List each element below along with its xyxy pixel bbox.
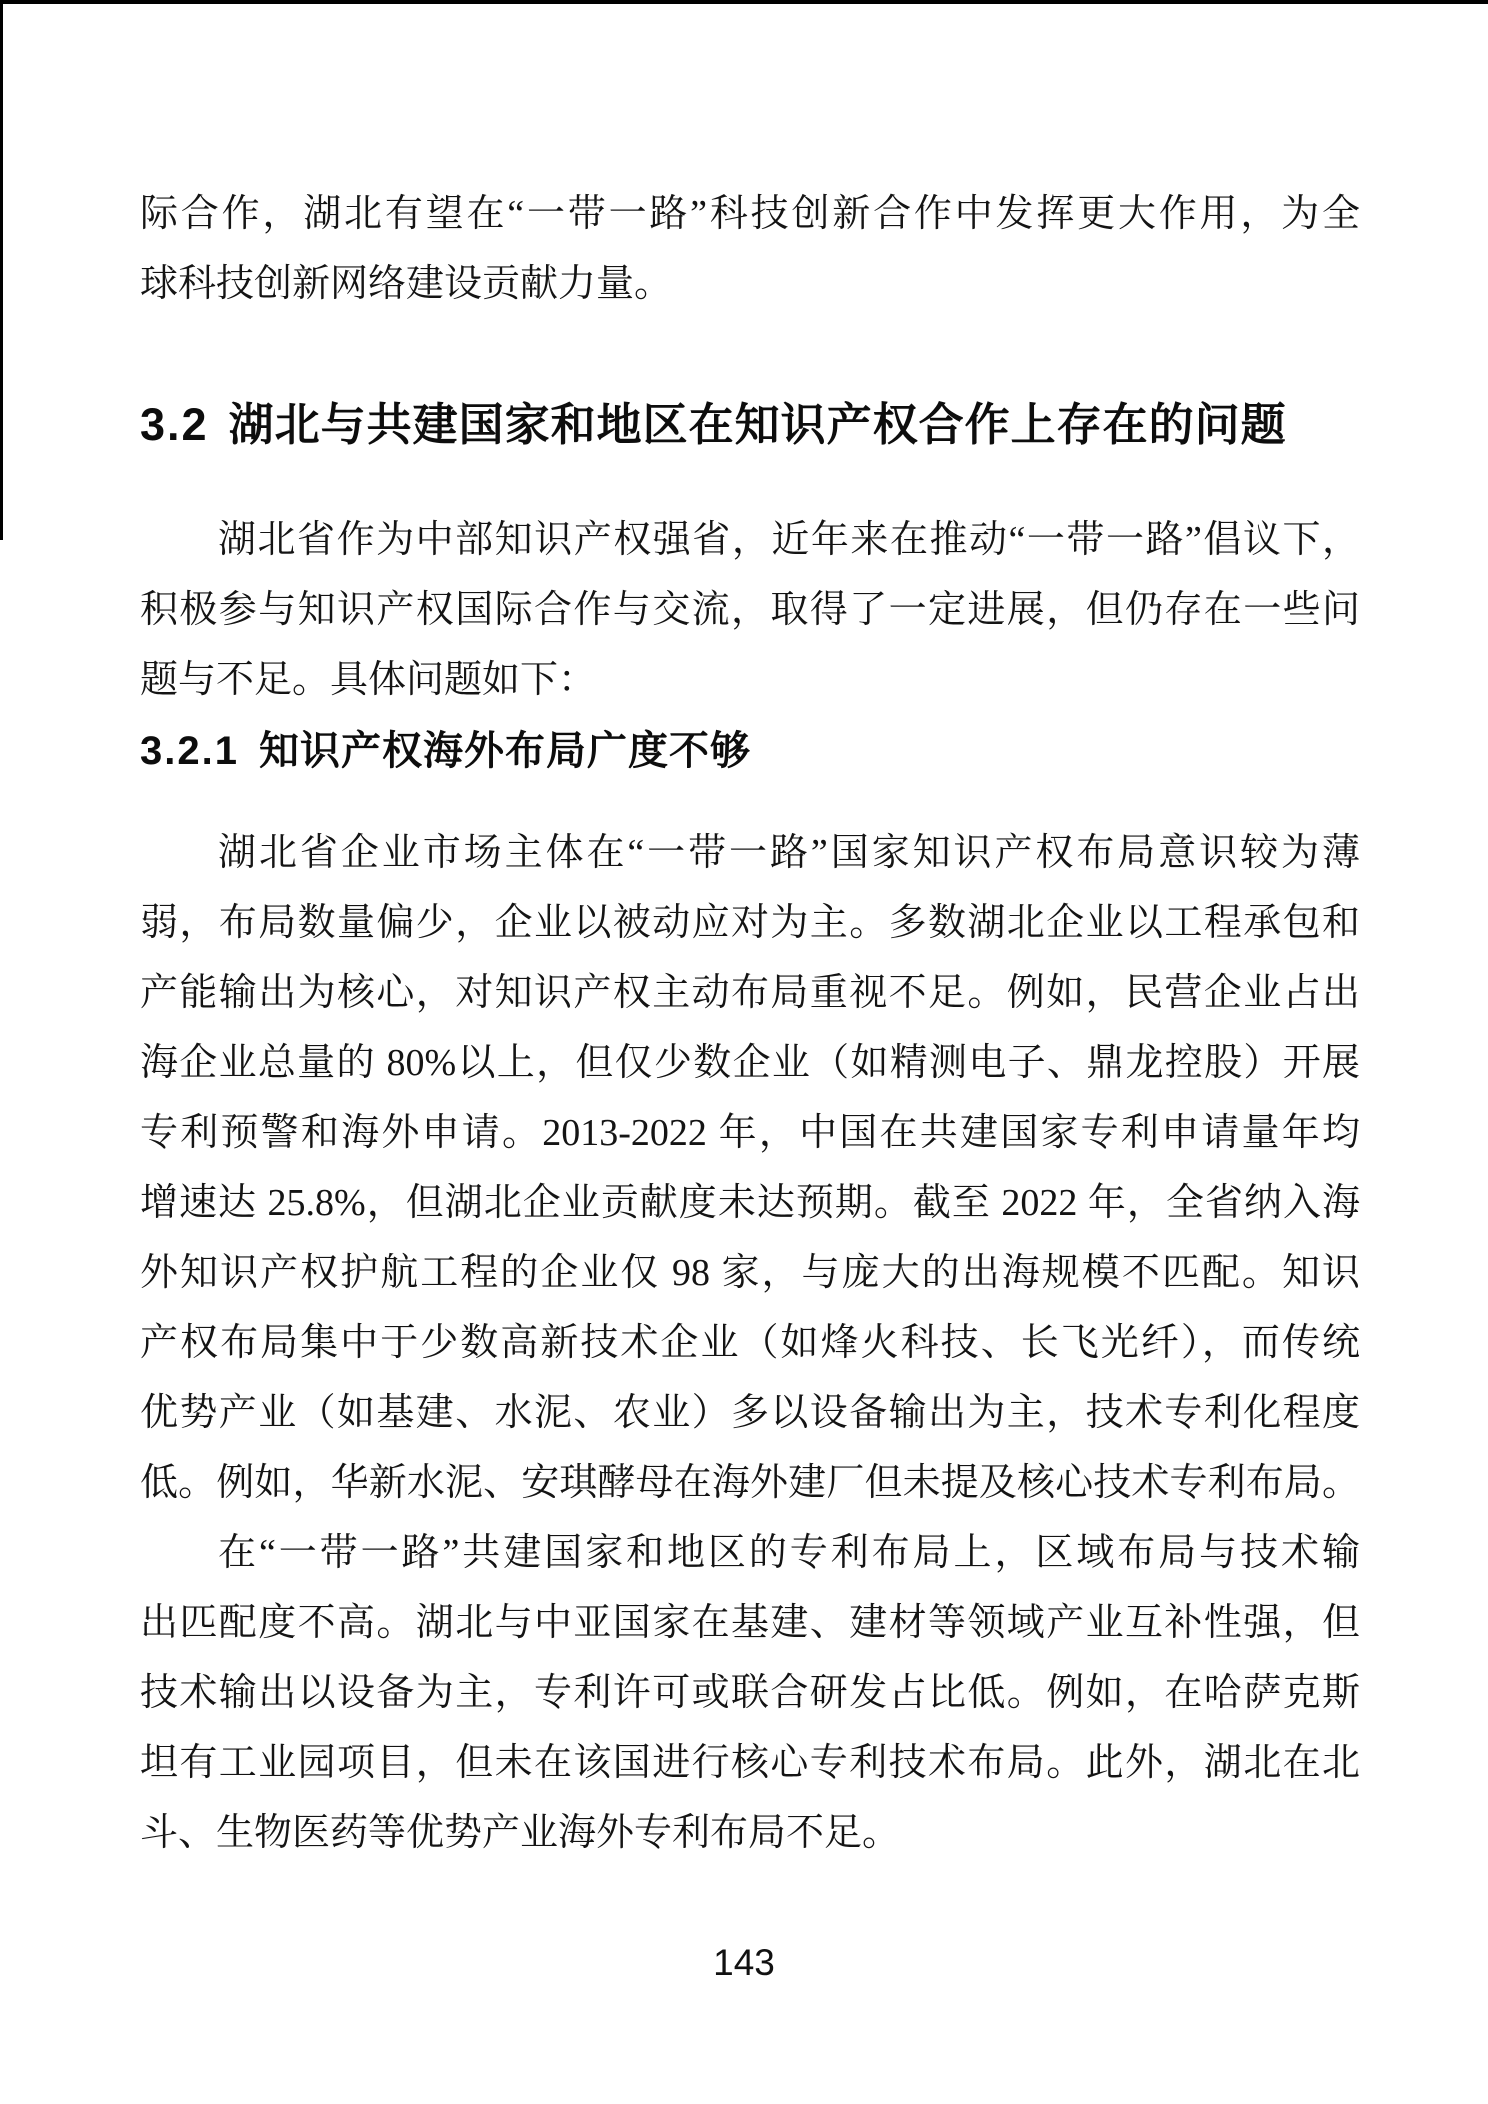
text-line: 产权布局集中于少数高新技术企业（如烽火科技、长飞光纤），而传统: [140, 1308, 1360, 1378]
paragraph: 湖北省作为中部知识产权强省，近年来在推动“一带一路”倡议下，积极参与知识产权国际…: [140, 505, 1360, 715]
scan-edge-left: [0, 0, 3, 540]
document-page: 际合作，湖北有望在“一带一路”科技创新合作中发挥更大作用，为全球科技创新网络建设…: [0, 0, 1488, 2104]
text-line: 斗、生物医药等优势产业海外专利布局不足。: [140, 1798, 1360, 1868]
text-line: 专利预警和海外申请。2013-2022 年，中国在共建国家专利申请量年均: [140, 1098, 1360, 1168]
text-line: 技术输出以设备为主，专利许可或联合研发占比低。例如，在哈萨克斯: [140, 1658, 1360, 1728]
text-line: 产能输出为核心，对知识产权主动布局重视不足。例如，民营企业占出: [140, 958, 1360, 1028]
text-line: 湖北省企业市场主体在“一带一路”国家知识产权布局意识较为薄: [140, 818, 1360, 888]
text-line: 际合作，湖北有望在“一带一路”科技创新合作中发挥更大作用，为全: [140, 179, 1360, 249]
text-line: 弱，布局数量偏少，企业以被动应对为主。多数湖北企业以工程承包和: [140, 888, 1360, 958]
heading-title: 知识产权海外布局广度不够: [259, 729, 751, 773]
paragraph: 在“一带一路”共建国家和地区的专利布局上，区域布局与技术输出匹配度不高。湖北与中…: [140, 1518, 1360, 1868]
page-content: 际合作，湖北有望在“一带一路”科技创新合作中发挥更大作用，为全球科技创新网络建设…: [140, 179, 1360, 1868]
text-line: 优势产业（如基建、水泥、农业）多以设备输出为主，技术专利化程度: [140, 1378, 1360, 1448]
text-line: 在“一带一路”共建国家和地区的专利布局上，区域布局与技术输: [140, 1518, 1360, 1588]
text-line: 低。例如，华新水泥、安琪酵母在海外建厂但未提及核心技术专利布局。: [140, 1448, 1360, 1518]
scan-edge-top: [0, 0, 1488, 4]
section-heading: 3.2湖北与共建国家和地区在知识产权合作上存在的问题: [140, 393, 1360, 457]
text-line: 积极参与知识产权国际合作与交流，取得了一定进展，但仍存在一些问: [140, 575, 1360, 645]
text-line: 湖北省作为中部知识产权强省，近年来在推动“一带一路”倡议下，: [140, 505, 1360, 575]
paragraph: 湖北省企业市场主体在“一带一路”国家知识产权布局意识较为薄弱，布局数量偏少，企业…: [140, 818, 1360, 1518]
text-line: 题与不足。具体问题如下：: [140, 645, 1360, 715]
heading-number: 3.2: [140, 399, 209, 450]
text-line: 增速达 25.8%，但湖北企业贡献度未达预期。截至 2022 年，全省纳入海: [140, 1168, 1360, 1238]
text-line: 外知识产权护航工程的企业仅 98 家，与庞大的出海规模不匹配。知识: [140, 1238, 1360, 1308]
paragraph: 际合作，湖北有望在“一带一路”科技创新合作中发挥更大作用，为全球科技创新网络建设…: [140, 179, 1360, 319]
heading-title: 湖北与共建国家和地区在知识产权合作上存在的问题: [229, 399, 1287, 450]
page-number: 143: [0, 1942, 1488, 1984]
text-line: 海企业总量的 80%以上，但仅少数企业（如精测电子、鼎龙控股）开展: [140, 1028, 1360, 1098]
subsection-heading: 3.2.1知识产权海外布局广度不够: [140, 723, 1360, 779]
heading-number: 3.2.1: [140, 729, 239, 773]
text-line: 坦有工业园项目，但未在该国进行核心专利技术布局。此外，湖北在北: [140, 1728, 1360, 1798]
text-line: 出匹配度不高。湖北与中亚国家在基建、建材等领域产业互补性强，但: [140, 1588, 1360, 1658]
text-line: 球科技创新网络建设贡献力量。: [140, 249, 1360, 319]
